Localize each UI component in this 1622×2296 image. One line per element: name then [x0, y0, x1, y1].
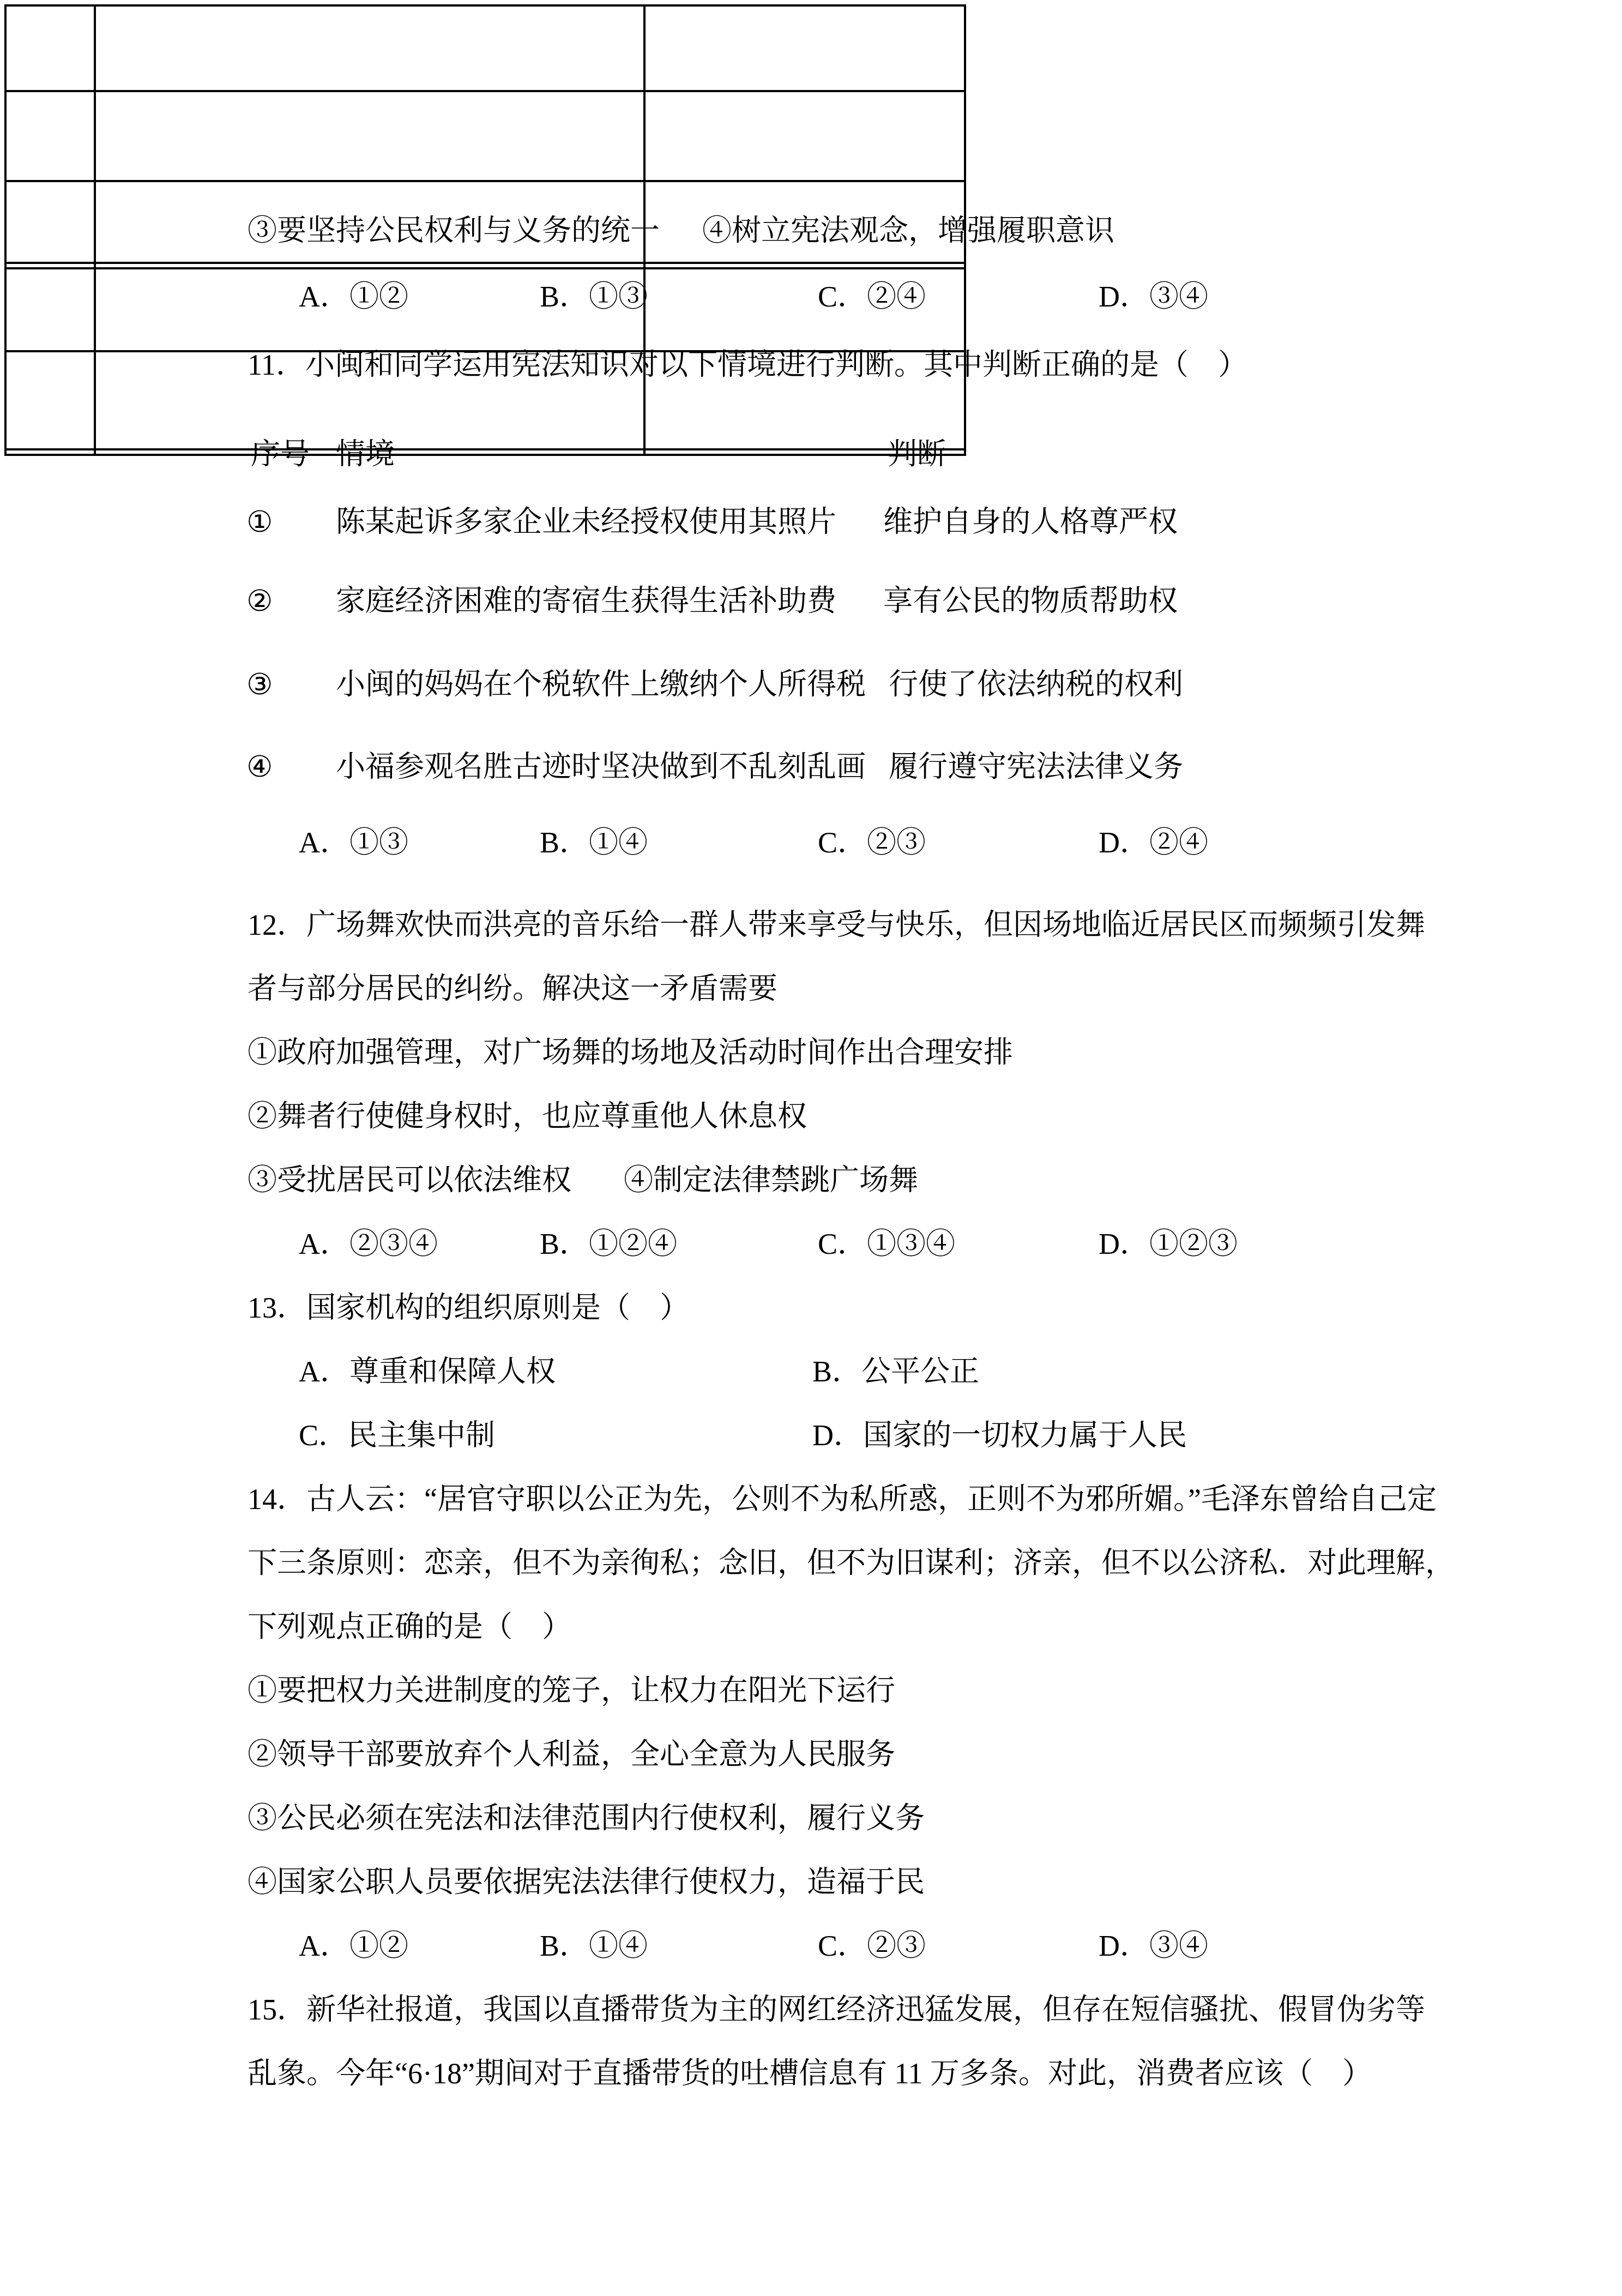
q14-choice-a: A．①② — [299, 1929, 408, 1963]
q14-option-4: ④国家公职人员要依据宪法法律行使权力，造福于民 — [248, 1865, 925, 1899]
q11-row2-no: ② — [246, 584, 273, 618]
q10-choice-b: B．①③ — [540, 280, 648, 314]
q11-choice-d: D．②④ — [1099, 826, 1208, 860]
q14-stem-line2: 下三条原则：恋亲，但不为亲徇私；念旧，但不为旧谋利；济亲，但不以公济私．对此理解… — [248, 1546, 1455, 1580]
q10-choice-a: A．①② — [299, 280, 408, 314]
q11-row4-judgment: 履行遵守宪法法律义务 — [889, 750, 1183, 784]
q12-stem-line2: 者与部分居民的纠纷。解决这一矛盾需要 — [248, 972, 777, 1006]
q14-option-3: ③公民必须在宪法和法律范围内行使权利，履行义务 — [248, 1801, 925, 1835]
q11-row4-situation: 小福参观名胜古迹时坚决做到不乱刻乱画 — [336, 750, 866, 784]
q12-choice-c: C．①③④ — [818, 1227, 955, 1261]
table-row-line-1 — [4, 90, 966, 92]
q11-header-judgment: 判断 — [888, 437, 946, 471]
q11-header-situation: 情境 — [336, 437, 395, 471]
q11-row2-judgment: 享有公民的物质帮助权 — [883, 584, 1178, 618]
q12-option-1: ①政府加强管理，对广场舞的场地及活动时间作出合理安排 — [248, 1036, 1013, 1069]
q14-choice-c: C．②③ — [818, 1929, 926, 1963]
q14-choice-d: D．③④ — [1099, 1929, 1208, 1963]
q12-option-4: ④制定法律禁跳广场舞 — [624, 1163, 918, 1197]
q14-choice-b: B．①④ — [540, 1929, 648, 1963]
q15-stem-line2: 乱象。今年“6·18”期间对于直播带货的吐槽信息有 11 万多条。对此，消费者应… — [248, 2057, 1372, 2090]
exam-document-page: ③要坚持公民权利与义务的统一 ④树立宪法观念，增强履职意识 A．①② B．①③ … — [0, 0, 1622, 2296]
q12-stem-line1: 12．广场舞欢快而洪亮的音乐给一群人带来享受与快乐，但因场地临近居民区而频频引发… — [248, 908, 1425, 942]
q10-choice-d: D．③④ — [1099, 280, 1208, 314]
q13-choice-c: C．民主集中制 — [299, 1419, 495, 1452]
q11-row1-situation: 陈某起诉多家企业未经授权使用其照片 — [336, 505, 836, 539]
q11-row1-judgment: 维护自身的人格尊严权 — [883, 505, 1178, 539]
q12-option-2: ②舞者行使健身权时，也应尊重他人休息权 — [248, 1099, 807, 1133]
q15-stem-line1: 15．新华社报道，我国以直播带货为主的网红经济迅猛发展，但存在短信骚扰、假冒伪劣… — [248, 1993, 1425, 2027]
q11-row3-no: ③ — [246, 668, 273, 701]
table-row-line-2 — [4, 180, 966, 182]
q13-stem: 13．国家机构的组织原则是（ ） — [248, 1291, 689, 1325]
q14-stem-line3: 下列观点正确的是（ ） — [248, 1610, 571, 1644]
q12-option-3: ③受扰居民可以依法维权 — [248, 1163, 571, 1197]
q11-header-no: 序号 — [251, 437, 310, 471]
q14-option-1: ①要把权力关进制度的笼子，让权力在阳光下运行 — [248, 1674, 895, 1708]
q11-row3-judgment: 行使了依法纳税的权利 — [889, 668, 1183, 701]
table-row-line-3-double — [4, 262, 966, 269]
q10-option-4: ④树立宪法观念，增强履职意识 — [702, 214, 1114, 248]
table-border-bottom-double — [4, 448, 966, 456]
q12-choice-a: A．②③④ — [299, 1227, 438, 1261]
q11-choice-c: C．②③ — [818, 826, 926, 860]
table-divider-col1 — [94, 4, 96, 456]
q11-row1-no: ① — [246, 505, 273, 539]
q14-option-2: ②领导干部要放弃个人利益，全心全意为人民服务 — [248, 1738, 895, 1771]
q10-option-3: ③要坚持公民权利与义务的统一 — [248, 214, 660, 248]
q12-choice-b: B．①②④ — [540, 1227, 677, 1261]
q11-row3-situation: 小闽的妈妈在个税软件上缴纳个人所得税 — [336, 668, 866, 701]
q11-choice-a: A．①③ — [299, 826, 408, 860]
q12-choice-d: D．①②③ — [1099, 1227, 1238, 1261]
q11-stem: 11．小闽和同学运用宪法知识对以下情境进行判断。其中判断正确的是（ ） — [248, 348, 1247, 382]
q13-choice-a: A．尊重和保障人权 — [299, 1355, 556, 1389]
q11-row4-no: ④ — [246, 750, 273, 784]
q13-choice-d: D．国家的一切权力属于人民 — [812, 1419, 1187, 1452]
q10-choice-c: C．②④ — [818, 280, 926, 314]
q11-row2-situation: 家庭经济困难的寄宿生获得生活补助费 — [336, 584, 836, 618]
table-border-left — [4, 4, 7, 456]
q13-choice-b: B．公平公正 — [812, 1355, 979, 1389]
table-border-top — [4, 4, 966, 7]
q11-choice-b: B．①④ — [540, 826, 648, 860]
q14-stem-line1: 14．古人云：“居官守职以公正为先，公则不为私所惑，正则不为邪所媚。”毛泽东曾给… — [248, 1482, 1437, 1516]
